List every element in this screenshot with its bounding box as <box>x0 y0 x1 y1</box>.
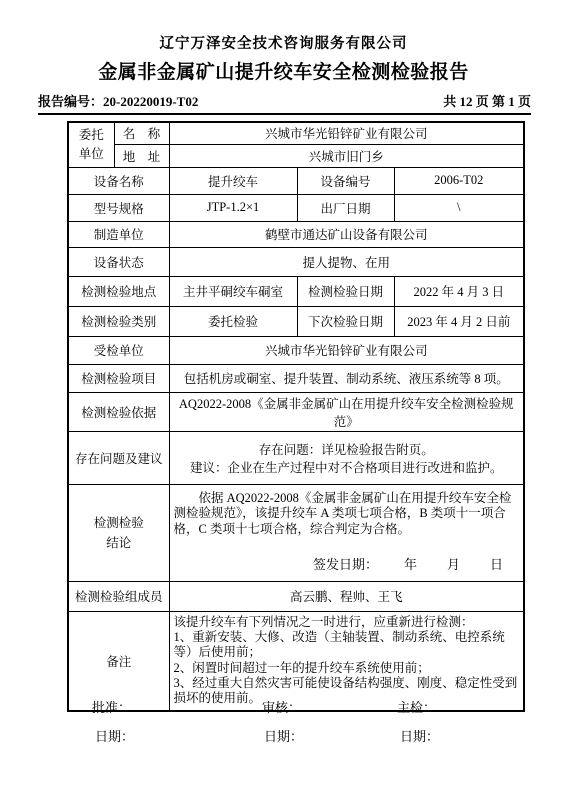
review-label: 审核： <box>262 697 301 716</box>
field-value-problems: 存在问题：详见检验报告附页。 建议：企业在生产过程中对不合格项目进行改进和监护。 <box>169 431 524 484</box>
field-label-next-date: 下次检验日期 <box>297 306 394 336</box>
remarks-line-4: 3、经过重大自然灾害可能使设备结构强度、刚度、稳定性受到损坏的使用前。 <box>174 676 520 707</box>
table-row: 受检单位 兴城市华光铅锌矿业有限公司 <box>68 336 524 364</box>
field-value-inspection-place: 主井平硐绞车硐室 <box>169 276 297 306</box>
sign-date-label: 签发日期： <box>313 554 378 573</box>
field-value-manufacturer: 鹤壁市通达矿山设备有限公司 <box>169 221 524 247</box>
chief-inspector-label: 主检： <box>397 697 436 716</box>
field-label-problems: 存在问题及建议 <box>68 431 169 484</box>
report-number-value: 20-20220019-T02 <box>103 94 198 109</box>
field-label-client-address: 地 址 <box>114 144 169 167</box>
field-value-model: JTP-1.2×1 <box>169 194 297 221</box>
table-row: 存在问题及建议 存在问题：详见检验报告附页。 建议：企业在生产过程中对不合格项目… <box>68 431 524 484</box>
page-count: 共 12 页 第 1 页 <box>443 91 531 110</box>
remarks-line-2: 1、重新安装、大修、改造（主轴装置、制动系统、电控系统等）后使用前； <box>174 630 520 661</box>
table-row: 检测检验类别 委托检验 下次检验日期 2023 年 4 月 2 日前 <box>68 306 524 336</box>
field-label-device-name: 设备名称 <box>68 167 169 194</box>
report-number: 报告编号：20-20220019-T02 <box>38 91 198 110</box>
table-row: 制造单位 鹤壁市通达矿山设备有限公司 <box>68 221 524 247</box>
table-row: 检测检验项目 包括机房或硐室、提升装置、制动系统、液压系统等 8 项。 <box>68 364 524 392</box>
field-value-next-date: 2023 年 4 月 2 日前 <box>394 306 524 336</box>
review-date-label: 日期： <box>264 726 303 745</box>
report-table: 委托单位 名 称 兴城市华光铅锌矿业有限公司 地 址 兴城市旧门乡 设备名称 提… <box>67 121 525 712</box>
remarks-line-1: 该提升绞车有下列情况之一时进行，应重新进行检测： <box>174 615 520 630</box>
field-value-device-no: 2006-T02 <box>394 167 524 194</box>
field-value-team: 高云鹏、程帅、王飞 <box>169 581 524 611</box>
field-label-manufacturer: 制造单位 <box>68 221 169 247</box>
table-row: 委托单位 名 称 兴城市华光铅锌矿业有限公司 <box>68 122 524 144</box>
field-value-remarks: 该提升绞车有下列情况之一时进行，应重新进行检测： 1、重新安装、大修、改造（主轴… <box>169 611 524 711</box>
problems-line-1: 存在问题：详见检验报告附页。 <box>174 440 520 458</box>
field-label-basis: 检测检验依据 <box>68 392 169 431</box>
remarks-line-3: 2、闲置时间超过一年的提升绞车系统使用前； <box>174 661 520 676</box>
field-label-remarks: 备注 <box>68 611 169 711</box>
sign-year-label: 年 <box>404 554 417 573</box>
chief-date-label: 日期： <box>400 726 439 745</box>
field-value-inspected-unit: 兴城市华光铅锌矿业有限公司 <box>169 336 524 364</box>
report-page: 辽宁万泽安全技术咨询服务有限公司 金属非金属矿山提升绞车安全检测检验报告 报告编… <box>0 0 567 802</box>
problems-line-2: 建议：企业在生产过程中对不合格项目进行改进和监护。 <box>174 458 520 476</box>
sign-month-label: 月 <box>447 554 460 573</box>
field-label-inspection-date: 检测检验日期 <box>297 276 394 306</box>
sign-day-label: 日 <box>490 554 503 573</box>
field-label-device-status: 设备状态 <box>68 247 169 276</box>
table-row: 备注 该提升绞车有下列情况之一时进行，应重新进行检测： 1、重新安装、大修、改造… <box>68 611 524 711</box>
field-label-items: 检测检验项目 <box>68 364 169 392</box>
table-row: 型号规格 JTP-1.2×1 出厂日期 \ <box>68 194 524 221</box>
table-row: 检测检验结论 依据 AQ2022-2008《金属非金属矿山在用提升绞车安全检测检… <box>68 484 524 581</box>
field-label-model: 型号规格 <box>68 194 169 221</box>
field-value-conclusion: 依据 AQ2022-2008《金属非金属矿山在用提升绞车安全检测检验规范》，该提… <box>169 484 524 581</box>
company-name: 辽宁万泽安全技术咨询服务有限公司 <box>0 0 567 53</box>
report-number-label: 报告编号： <box>38 94 103 109</box>
field-value-inspection-date: 2022 年 4 月 3 日 <box>394 276 524 306</box>
field-label-inspected-unit: 受检单位 <box>68 336 169 364</box>
conclusion-text: 依据 AQ2022-2008《金属非金属矿山在用提升绞车安全检测检验规范》，该提… <box>174 491 520 538</box>
field-value-inspection-type: 委托检验 <box>169 306 297 336</box>
field-label-team: 检测检验组成员 <box>68 581 169 611</box>
table-row: 检测检验依据 AQ2022-2008《金属非金属矿山在用提升绞车安全检测检验规范… <box>68 392 524 431</box>
table-row: 设备状态 提人提物、在用 <box>68 247 524 276</box>
field-label-client-unit: 委托单位 <box>68 122 114 167</box>
field-label-inspection-type: 检测检验类别 <box>68 306 169 336</box>
field-value-device-status: 提人提物、在用 <box>169 247 524 276</box>
table-row: 地 址 兴城市旧门乡 <box>68 144 524 167</box>
field-value-device-name: 提升绞车 <box>169 167 297 194</box>
field-value-items: 包括机房或硐室、提升装置、制动系统、液压系统等 8 项。 <box>169 364 524 392</box>
report-title: 金属非金属矿山提升绞车安全检测检验报告 <box>0 57 567 84</box>
field-label-device-no: 设备编号 <box>297 167 394 194</box>
field-label-client-name: 名 称 <box>114 122 169 144</box>
table-row: 检测检验地点 主井平硐绞车硐室 检测检验日期 2022 年 4 月 3 日 <box>68 276 524 306</box>
field-label-inspection-place: 检测检验地点 <box>68 276 169 306</box>
field-value-client-name: 兴城市华光铅锌矿业有限公司 <box>169 122 524 144</box>
field-label-conclusion: 检测检验结论 <box>68 484 169 581</box>
field-value-mfg-date: \ <box>394 194 524 221</box>
approve-date-label: 日期： <box>95 726 134 745</box>
report-meta-line: 报告编号：20-20220019-T02 共 12 页 第 1 页 <box>38 91 531 115</box>
field-label-mfg-date: 出厂日期 <box>297 194 394 221</box>
field-value-client-address: 兴城市旧门乡 <box>169 144 524 167</box>
field-value-basis: AQ2022-2008《金属非金属矿山在用提升绞车安全检测检验规范》 <box>169 392 524 431</box>
approve-label: 批准： <box>92 697 131 716</box>
table-row: 设备名称 提升绞车 设备编号 2006-T02 <box>68 167 524 194</box>
table-row: 检测检验组成员 高云鹏、程帅、王飞 <box>68 581 524 611</box>
sign-date-line: 签发日期： 年 月 日 <box>174 554 520 573</box>
